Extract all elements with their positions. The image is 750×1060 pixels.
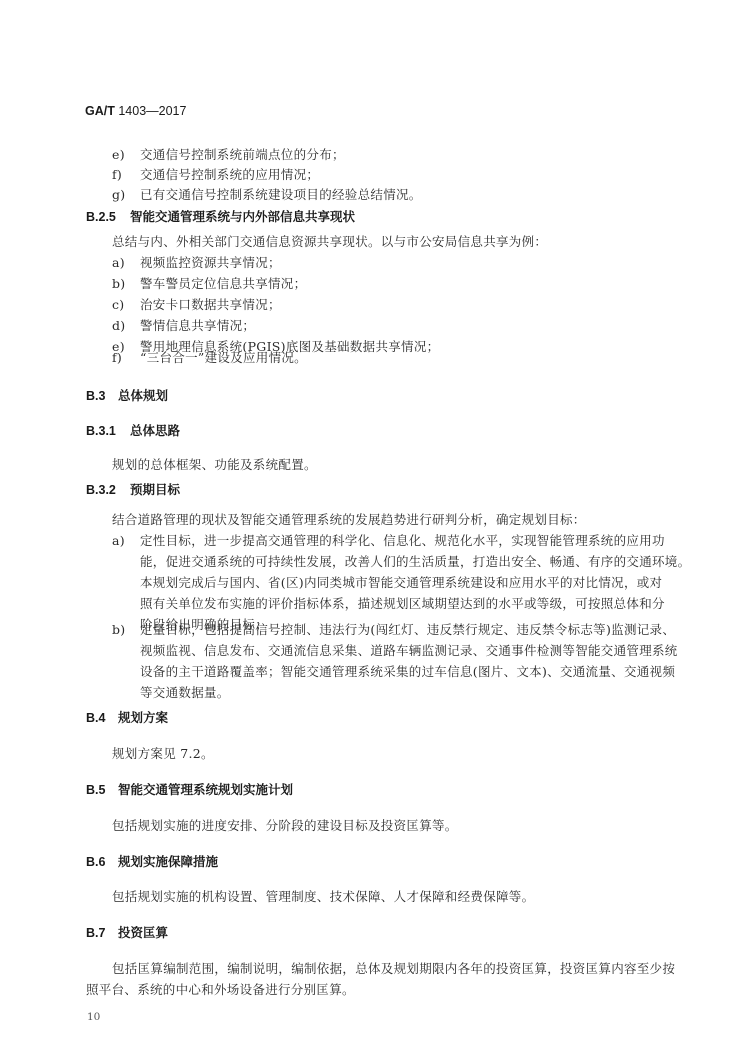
- paragraph-cont: 照平台、系统的中心和外场设备进行分别匡算。: [86, 982, 355, 998]
- paragraph: 规划的总体框架、功能及系统配置。: [112, 457, 317, 473]
- section-heading-b31: B.3.1总体思路: [86, 423, 180, 439]
- paragraph: 规划方案见 7.2。: [112, 746, 214, 762]
- list-item: e)交通信号控制系统前端点位的分布；: [112, 147, 345, 163]
- list-item-a-cont: 能，促进交通系统的可持续性发展，改善人们的生活质量，打造出安全、畅通、有序的交通…: [140, 554, 690, 570]
- list-item: f)“三台合一”建设及应用情况。: [112, 350, 307, 366]
- standard-number: 1403—2017: [118, 104, 186, 118]
- section-heading-b25: B.2.5智能交通管理系统与内外部信息共享现状: [86, 209, 355, 225]
- list-item-a-cont: 本规划完成后与国内、省(区)内同类城市智能交通管理系统建设和应用水平的对比情况，…: [140, 575, 662, 591]
- paragraph: 包括规划实施的机构设置、管理制度、技术保障、人才保障和经费保障等。: [112, 889, 534, 905]
- list-item: a)视频监控资源共享情况；: [112, 255, 281, 271]
- standard-code: GA/T: [85, 104, 115, 118]
- paragraph: 包括规划实施的进度安排、分阶段的建设目标及投资匡算等。: [112, 818, 458, 834]
- list-item-b-cont: 设备的主干道路覆盖率；智能交通管理系统采集的过车信息(图片、文本)、交通流量、交…: [140, 664, 675, 680]
- paragraph: 结合道路管理的现状及智能交通管理系统的发展趋势进行研判分析，确定规划目标：: [112, 512, 586, 528]
- list-item-b-cont: 视频监视、信息发布、交通流信息采集、道路车辆监测记录、交通事件检测等智能交通管理…: [140, 643, 678, 659]
- list-item: c)治安卡口数据共享情况；: [112, 297, 281, 313]
- list-item: f)交通信号控制系统的应用情况；: [112, 167, 319, 183]
- paragraph: 总结与内、外相关部门交通信息资源共享现状。以与市公安局信息共享为例：: [112, 234, 547, 250]
- section-heading-b4: B.4规划方案: [86, 710, 168, 726]
- standard-identifier: GA/T 1403—2017: [85, 104, 186, 118]
- paragraph: 包括匡算编制范围，编制说明，编制依据，总体及规划期限内各年的投资匡算，投资匡算内…: [112, 961, 675, 977]
- section-heading-b5: B.5智能交通管理系统规划实施计划: [86, 782, 293, 798]
- section-heading-b3: B.3总体规划: [86, 388, 168, 404]
- list-item-b-cont: 等交通数据量。: [140, 685, 230, 701]
- list-item: b)警车警员定位信息共享情况；: [112, 276, 306, 292]
- page-number: 10: [87, 1011, 100, 1023]
- section-heading-b7: B.7投资匡算: [86, 925, 168, 941]
- list-item-b-main: b)定量目标，包括提高信号控制、违法行为(闯红灯、违反禁行规定、违反禁令标志等)…: [112, 622, 675, 638]
- section-heading-b6: B.6规划实施保障措施: [86, 854, 218, 870]
- list-item: d)警情信息共享情况；: [112, 318, 255, 334]
- list-item-a: a)定性目标，进一步提高交通管理的科学化、信息化、规范化水平，实现智能管理系统的…: [112, 533, 665, 549]
- list-item: g)已有交通信号控制系统建设项目的经验总结情况。: [112, 187, 422, 203]
- section-heading-b32: B.3.2预期目标: [86, 482, 180, 498]
- list-item-a-cont: 照有关单位发布实施的评价指标体系，描述规划区域期望达到的水平或等级，可按照总体和…: [140, 596, 665, 612]
